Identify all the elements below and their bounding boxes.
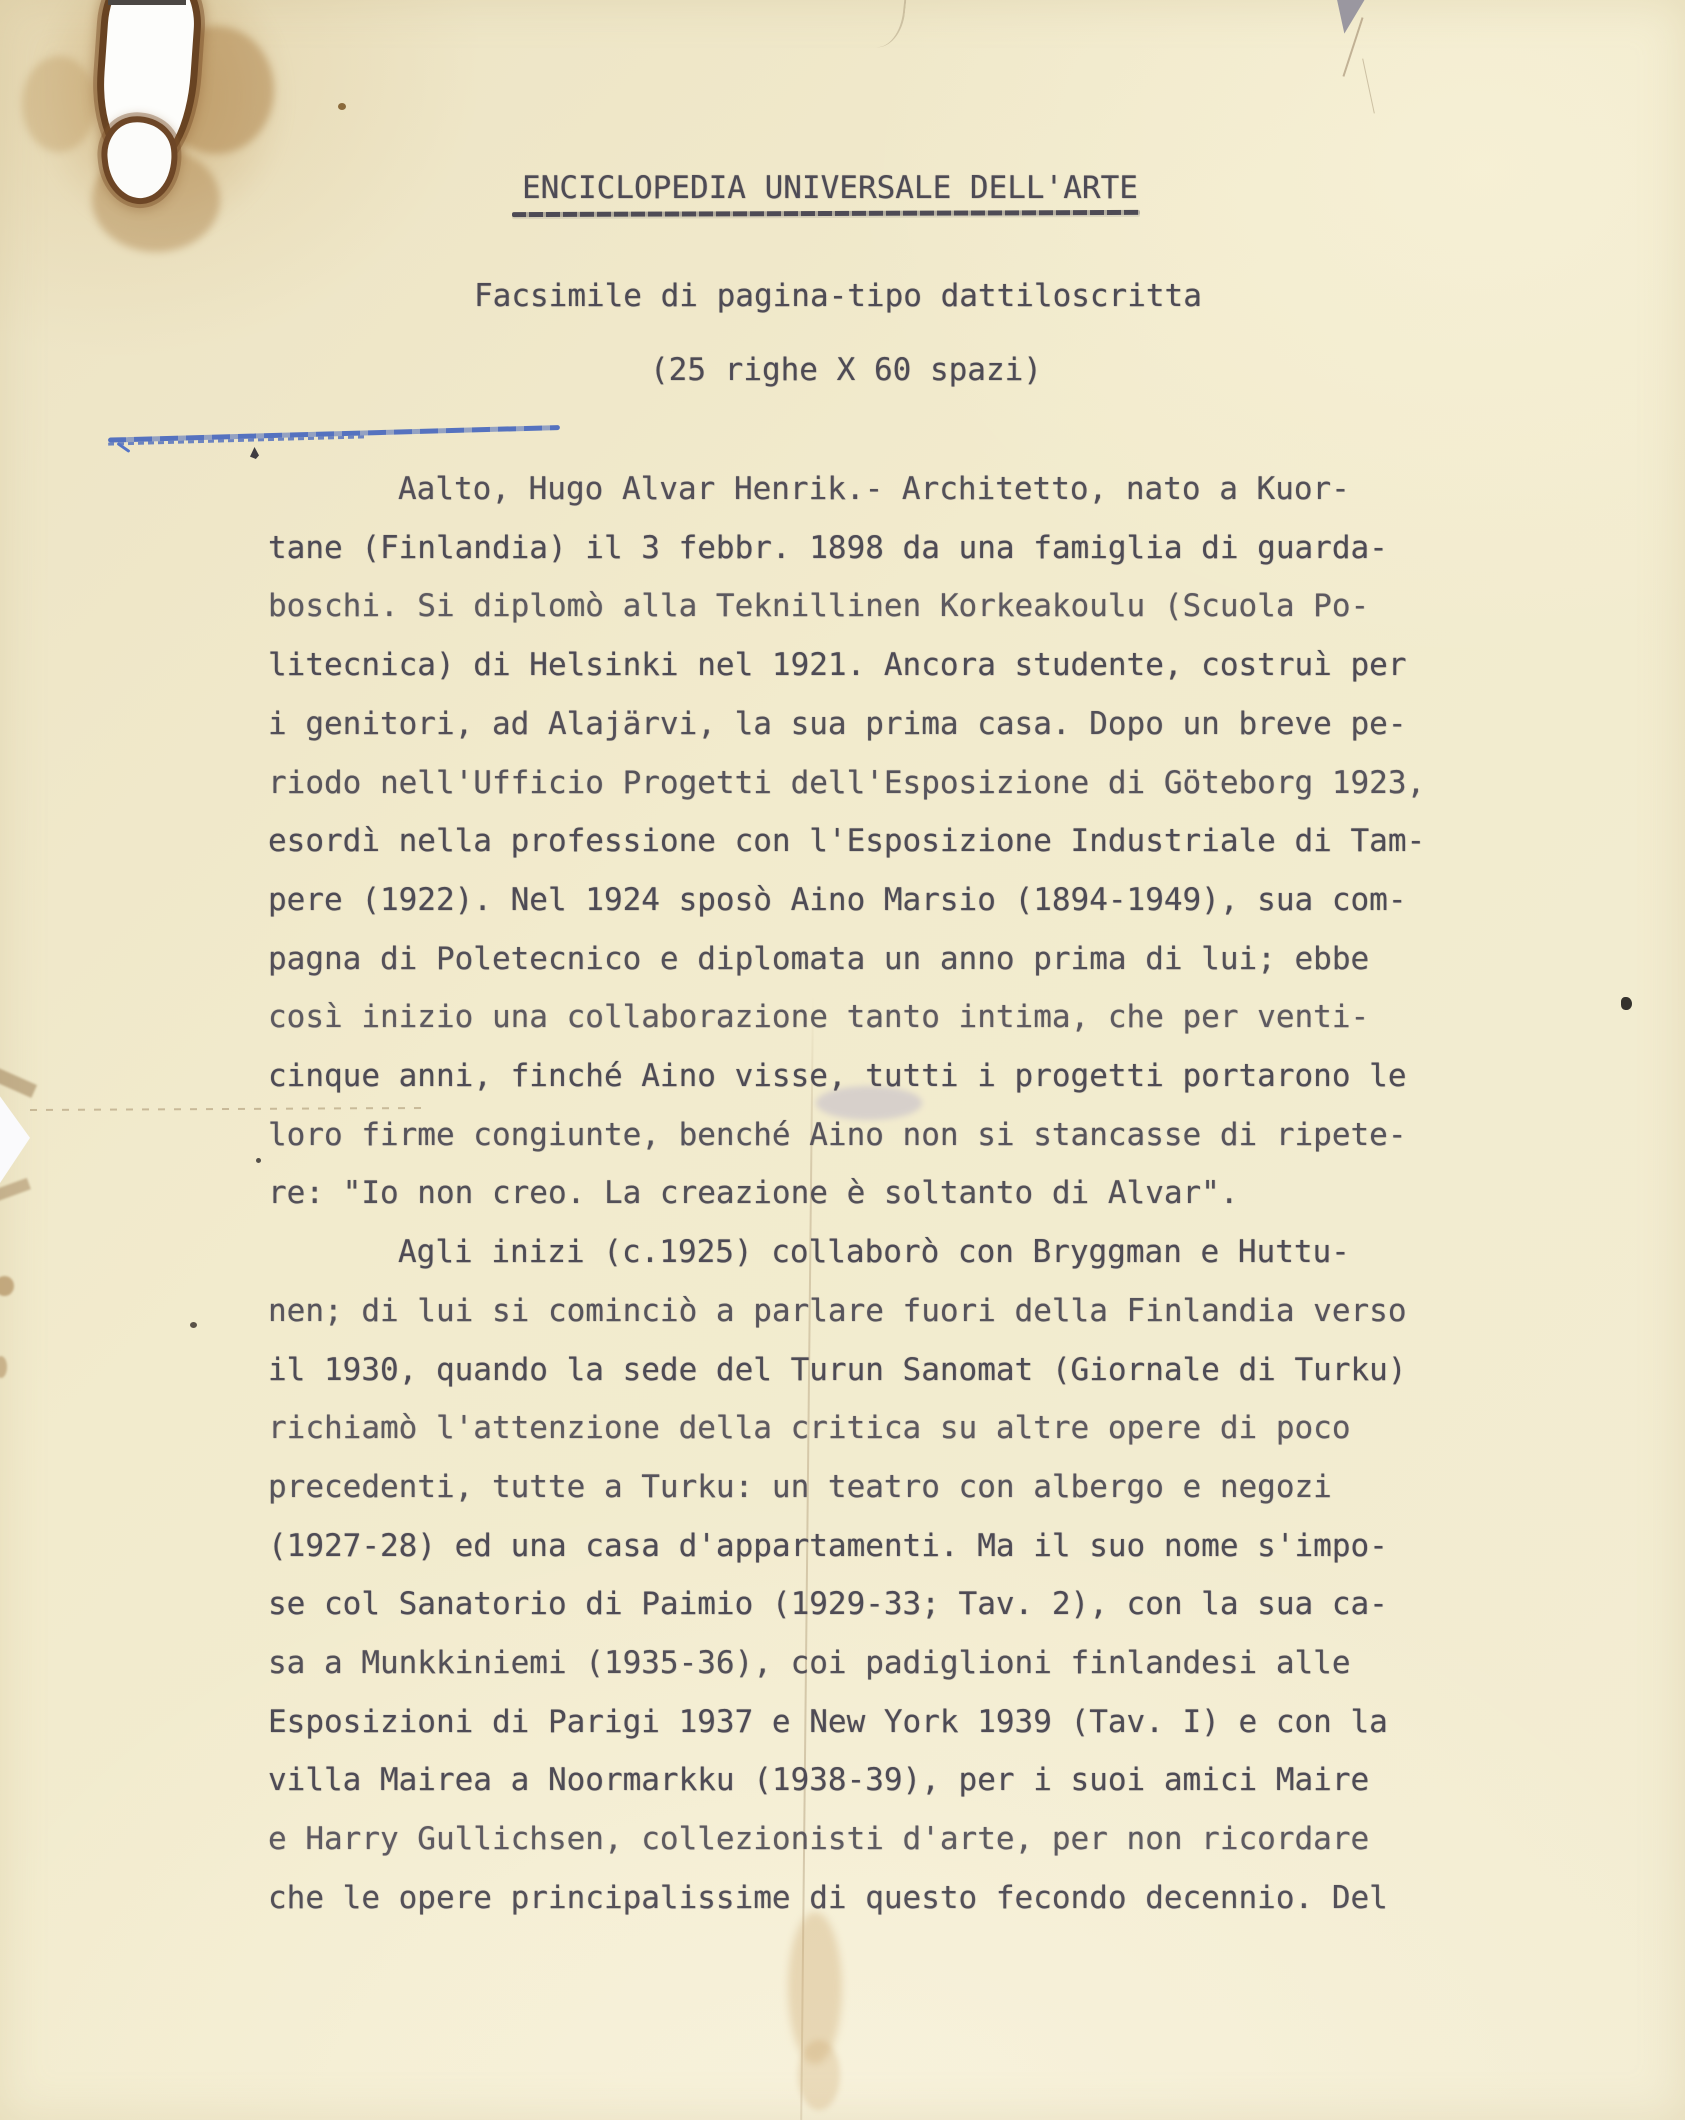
edge-stain	[0, 1356, 7, 1378]
typed-line: così inizio una collaborazione tanto int…	[268, 988, 1528, 1047]
typed-line: re: "Io non creo. La creazione è soltant…	[268, 1164, 1528, 1223]
typed-line: (1927-28) ed una casa d'appartamenti. Ma…	[268, 1517, 1528, 1576]
scan-edge-strip	[108, 0, 186, 5]
blue-ink-line	[108, 424, 560, 453]
typed-line: nen; di lui si cominciò a parlare fuori …	[268, 1282, 1528, 1341]
ink-speck	[190, 1322, 197, 1328]
typed-line: che le opere principalissime di questo f…	[268, 1869, 1528, 1928]
typed-line: tane (Finlandia) il 3 febbr. 1898 da una…	[268, 519, 1528, 578]
typed-line: il 1930, quando la sede del Turun Sanoma…	[268, 1341, 1528, 1400]
typed-line: e Harry Gullichsen, collezionisti d'arte…	[268, 1810, 1528, 1869]
typed-line: Esposizioni di Parigi 1937 e New York 19…	[268, 1693, 1528, 1752]
typed-line: pagna di Poletecnico e diplomata un anno…	[268, 930, 1528, 989]
typed-line: esordì nella professione con l'Esposizio…	[268, 812, 1528, 871]
paper-crack	[1362, 59, 1375, 114]
subtitle: Facsimile di pagina-tipo dattiloscritta	[474, 278, 1202, 314]
typed-line: pere (1922). Nel 1924 sposò Aino Marsio …	[268, 871, 1528, 930]
typed-line: se col Sanatorio di Paimio (1929-33; Tav…	[268, 1575, 1528, 1634]
paper-crease	[865, 0, 906, 50]
typed-line: Aalto, Hugo Alvar Henrik.- Architetto, n…	[268, 460, 1528, 519]
ink-speck	[1621, 997, 1632, 1010]
typed-body: Aalto, Hugo Alvar Henrik.- Architetto, n…	[268, 460, 1528, 1928]
notch-edge-stain	[0, 1068, 37, 1098]
format-note: (25 righe X 60 spazi)	[650, 352, 1042, 388]
burn-stain-blob	[22, 56, 96, 152]
typed-line: litecnica) di Helsinki nel 1921. Ancora …	[268, 636, 1528, 695]
typed-line: boschi. Si diplomò alla Teknillinen Kork…	[268, 577, 1528, 636]
ink-speck	[256, 1158, 261, 1163]
typed-line: Agli inizi (c.1925) collaborò con Bryggm…	[268, 1223, 1528, 1282]
page-title: ENCICLOPEDIA UNIVERSALE DELL'ARTE	[522, 168, 1138, 208]
ink-speck	[338, 103, 346, 110]
typed-line: richiamò l'attenzione della critica su a…	[268, 1399, 1528, 1458]
typed-line: riodo nell'Ufficio Progetti dell'Esposiz…	[268, 754, 1528, 813]
fold-stain	[798, 2040, 840, 2110]
typed-line: precedenti, tutte a Turku: un teatro con…	[268, 1458, 1528, 1517]
edge-notch	[0, 1088, 30, 1192]
scanned-typewritten-page: ENCICLOPEDIA UNIVERSALE DELL'ARTE Facsim…	[0, 0, 1685, 2120]
ink-speck	[250, 447, 259, 459]
typed-line: villa Mairea a Noormarkku (1938-39), per…	[268, 1751, 1528, 1810]
typed-line: cinque anni, finché Aino visse, tutti i …	[268, 1047, 1528, 1106]
title-underline	[512, 210, 1140, 217]
edge-stain	[0, 1276, 14, 1296]
typed-line: i genitori, ad Alajärvi, la sua prima ca…	[268, 695, 1528, 754]
typed-line: sa a Munkkiniemi (1935-36), coi padiglio…	[268, 1634, 1528, 1693]
notch-edge-stain	[0, 1178, 31, 1202]
typed-line: loro firme congiunte, benché Aino non si…	[268, 1106, 1528, 1165]
